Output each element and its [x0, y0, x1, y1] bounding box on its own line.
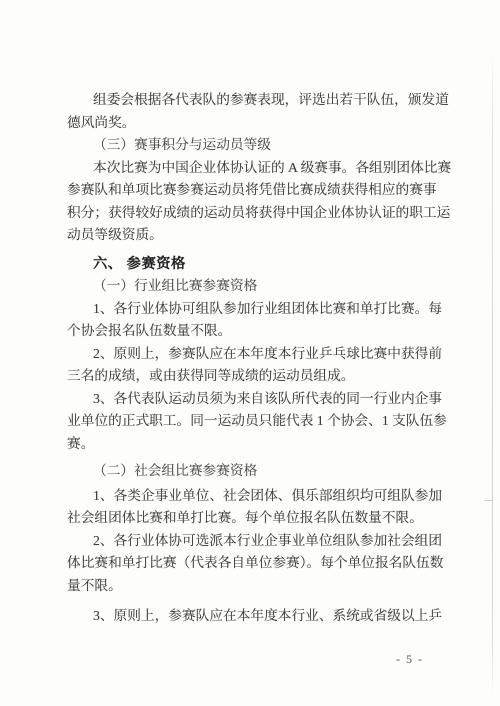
- page-edge-shadow: [492, 48, 493, 696]
- paragraph-heading: 六、 参赛资格: [67, 253, 449, 276]
- page-number: - 5 -: [396, 652, 424, 667]
- paragraph-body: 1、各类企事业单位、社会团体、俱乐部组织均可组队参加社会组团体比赛和单打比赛。每…: [67, 485, 449, 530]
- text-line: （一）行业组比赛参赛资格: [67, 275, 449, 298]
- text-line: 业单位的正式职工。同一运动员只能代表 1 个协会、1 支队伍参: [67, 410, 449, 433]
- page-edge-tick: [484, 500, 493, 501]
- document-page: 组委会根据各代表队的参赛表现，评选出若干队伍，颁发道德风尚奖。（三）赛事积分与运…: [0, 0, 500, 706]
- paragraph-body: 2、各行业体协可选派本行业企事业单位组队参加社会组团体比赛和单打比赛（代表各自单…: [67, 530, 449, 598]
- text-line: 赛。: [67, 433, 449, 456]
- text-line: 个协会报名队伍数量不限。: [67, 320, 449, 343]
- text-line: 1、各行业体协可组队参加行业组团体比赛和单打比赛。每: [67, 298, 449, 321]
- text-line: 动员等级资质。: [67, 224, 449, 247]
- paragraph-body: 本次比赛为中国企业体协认证的 A 级赛事。各组别团体比赛参赛队和单项比赛参赛运动…: [67, 157, 449, 247]
- paragraph-body: 3、各代表队运动员须为来自该队所代表的同一行业内企事业单位的正式职工。同一运动员…: [67, 388, 449, 456]
- text-line: 本次比赛为中国企业体协认证的 A 级赛事。各组别团体比赛: [67, 157, 449, 180]
- text-line: 3、各代表队运动员须为来自该队所代表的同一行业内企事: [67, 388, 449, 411]
- paragraph-subheading: （三）赛事积分与运动员等级: [67, 134, 449, 157]
- paragraph-body: 2、原则上，参赛队应在本年度本行业乒乓球比赛中获得前三名的成绩，或由获得同等成绩…: [67, 343, 449, 388]
- text-line: 2、原则上，参赛队应在本年度本行业乒乓球比赛中获得前: [67, 343, 449, 366]
- text-line: 2、各行业体协可选派本行业企事业单位组队参加社会组团: [67, 530, 449, 553]
- paragraph-subheading: （二）社会组比赛参赛资格: [67, 460, 449, 483]
- text-line: 三名的成绩，或由获得同等成绩的运动员组成。: [67, 365, 449, 388]
- text-line: 3、原则上，参赛队应在本年度本行业、系统或省级以上乒: [67, 605, 449, 628]
- text-line: 积分；获得较好成绩的运动员将获得中国企业体协认证的职工运: [67, 202, 449, 225]
- document-body: 组委会根据各代表队的参赛表现，评选出若干队伍，颁发道德风尚奖。（三）赛事积分与运…: [67, 89, 449, 628]
- paragraph-subheading: （一）行业组比赛参赛资格: [67, 275, 449, 298]
- text-line: 1、各类企事业单位、社会团体、俱乐部组织均可组队参加: [67, 485, 449, 508]
- text-line: 量不限。: [67, 575, 449, 598]
- text-line: 参赛队和单项比赛参赛运动员将凭借比赛成绩获得相应的赛事: [67, 179, 449, 202]
- text-line: 体比赛和单打比赛（代表各自单位参赛）。每个单位报名队伍数: [67, 552, 449, 575]
- paragraph-body: 3、原则上，参赛队应在本年度本行业、系统或省级以上乒: [67, 605, 449, 628]
- text-line: 社会组团体比赛和单打比赛。每个单位报名队伍数量不限。: [67, 507, 449, 530]
- text-line: 六、 参赛资格: [67, 253, 449, 276]
- paragraph-body: 组委会根据各代表队的参赛表现，评选出若干队伍，颁发道德风尚奖。: [67, 89, 449, 134]
- text-line: 组委会根据各代表队的参赛表现，评选出若干队伍，颁发道: [67, 89, 449, 112]
- text-line: 德风尚奖。: [67, 112, 449, 135]
- paragraph-body: 1、各行业体协可组队参加行业组团体比赛和单打比赛。每个协会报名队伍数量不限。: [67, 298, 449, 343]
- text-line: （二）社会组比赛参赛资格: [67, 460, 449, 483]
- text-line: （三）赛事积分与运动员等级: [67, 134, 449, 157]
